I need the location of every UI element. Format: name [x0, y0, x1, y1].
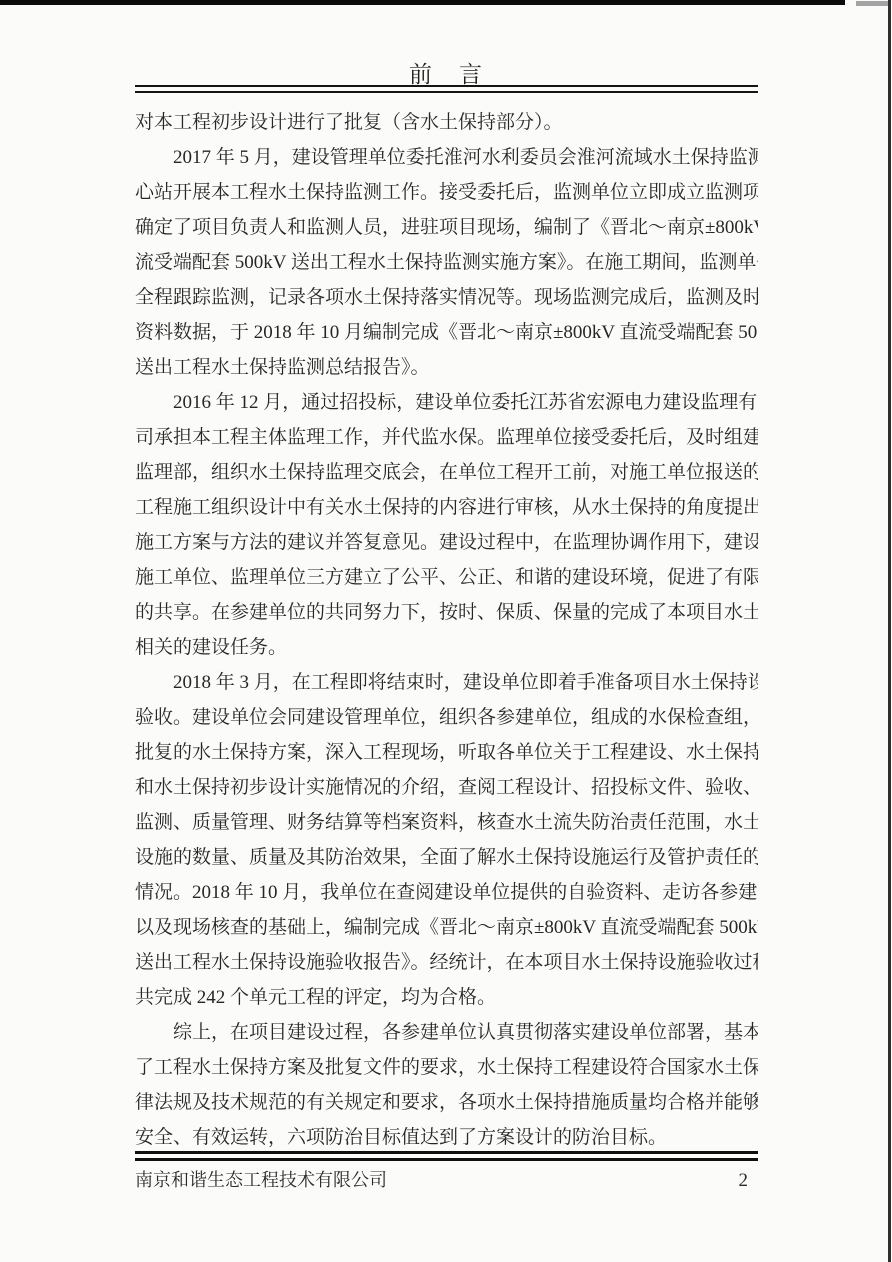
body-line: 对本工程初步设计进行了批复（含水土保持部分）。	[135, 105, 758, 140]
body-line: 司承担本工程主体监理工作，并代监水保。监理单位接受委托后，及时组建项目	[135, 420, 758, 455]
body-line: 送出工程水土保持监测总结报告》。	[135, 350, 758, 385]
body-line: 律法规及技术规范的有关规定和要求，各项水土保持措施质量均合格并能够持续、	[135, 1085, 758, 1120]
body-line: 施工方案与方法的建议并答复意见。建设过程中，在监理协调作用下，建设单位、	[135, 525, 758, 560]
body-line: 验收。建设单位会同建设管理单位，组织各参建单位，组成的水保检查组，依据	[135, 700, 758, 735]
body-line: 综上，在项目建设过程，各参建单位认真贯彻落实建设单位部署，基本落实	[135, 1015, 758, 1050]
footer-company-name: 南京和谐生态工程技术有限公司	[135, 1166, 387, 1192]
body-line: 2017 年 5 月，建设管理单位委托淮河水利委员会淮河流域水土保持监测中	[135, 140, 758, 175]
header-rule	[135, 85, 758, 93]
body-line: 安全、有效运转，六项防治目标值达到了方案设计的防治目标。	[135, 1120, 758, 1155]
body-line: 全程跟踪监测，记录各项水土保持落实情况等。现场监测完成后，监测及时整理	[135, 280, 758, 315]
scan-artifact-top-smudge	[856, 1, 890, 6]
body-line: 和水土保持初步设计实施情况的介绍，查阅工程设计、招投标文件、验收、监理、	[135, 770, 758, 805]
page-content: 前 言 对本工程初步设计进行了批复（含水土保持部分）。2017 年 5 月，建设…	[135, 0, 758, 1262]
body-line: 共完成 242 个单元工程的评定，均为合格。	[135, 980, 758, 1015]
body-line: 以及现场核查的基础上，编制完成《晋北～南京±800kV 直流受端配套 500kV	[135, 910, 758, 945]
body-line: 确定了项目负责人和监测人员，进驻项目现场，编制了《晋北～南京±800kV 直	[135, 210, 758, 245]
document-page: 前 言 对本工程初步设计进行了批复（含水土保持部分）。2017 年 5 月，建设…	[0, 0, 892, 1262]
body-line: 相关的建设任务。	[135, 630, 758, 665]
document-body: 对本工程初步设计进行了批复（含水土保持部分）。2017 年 5 月，建设管理单位…	[135, 105, 758, 1155]
body-line: 2018 年 3 月，在工程即将结束时，建设单位即着手准备项目水土保持设施	[135, 665, 758, 700]
body-line: 的共享。在参建单位的共同努力下，按时、保质、保量的完成了本项目水土保持	[135, 595, 758, 630]
body-line: 监理部，组织水土保持监理交底会，在单位工程开工前，对施工单位报送的单位	[135, 455, 758, 490]
body-line: 设施的数量、质量及其防治效果，全面了解水土保持设施运行及管护责任的落实	[135, 840, 758, 875]
footer-rule	[135, 1151, 758, 1161]
page-footer: 南京和谐生态工程技术有限公司 2	[135, 1166, 758, 1192]
body-line: 批复的水土保持方案，深入工程现场，听取各单位关于工程建设、水土保持方案	[135, 735, 758, 770]
body-line: 了工程水土保持方案及批复文件的要求，水土保持工程建设符合国家水土保持法	[135, 1050, 758, 1085]
body-line: 2016 年 12 月，通过招投标，建设单位委托江苏省宏源电力建设监理有限公	[135, 385, 758, 420]
body-line: 送出工程水土保持设施验收报告》。经统计，在本项目水土保持设施验收过程中，	[135, 945, 758, 980]
body-line: 工程施工组织设计中有关水土保持的内容进行审核，从水土保持的角度提出优化	[135, 490, 758, 525]
scan-artifact-right-edge	[888, 0, 891, 1262]
body-line: 资料数据，于 2018 年 10 月编制完成《晋北～南京±800kV 直流受端配…	[135, 315, 758, 350]
body-line: 监测、质量管理、财务结算等档案资料，核查水土流失防治责任范围，水土保持	[135, 805, 758, 840]
body-line: 流受端配套 500kV 送出工程水土保持监测实施方案》。在施工期间，监测单位	[135, 245, 758, 280]
body-line: 情况。2018 年 10 月，我单位在查阅建设单位提供的自验资料、走访各参建单位	[135, 875, 758, 910]
footer-page-number: 2	[739, 1170, 759, 1192]
body-line: 心站开展本工程水土保持监测工作。接受委托后，监测单位立即成立监测项目组，	[135, 175, 758, 210]
body-line: 施工单位、监理单位三方建立了公平、公正、和谐的建设环境，促进了有限资源	[135, 560, 758, 595]
